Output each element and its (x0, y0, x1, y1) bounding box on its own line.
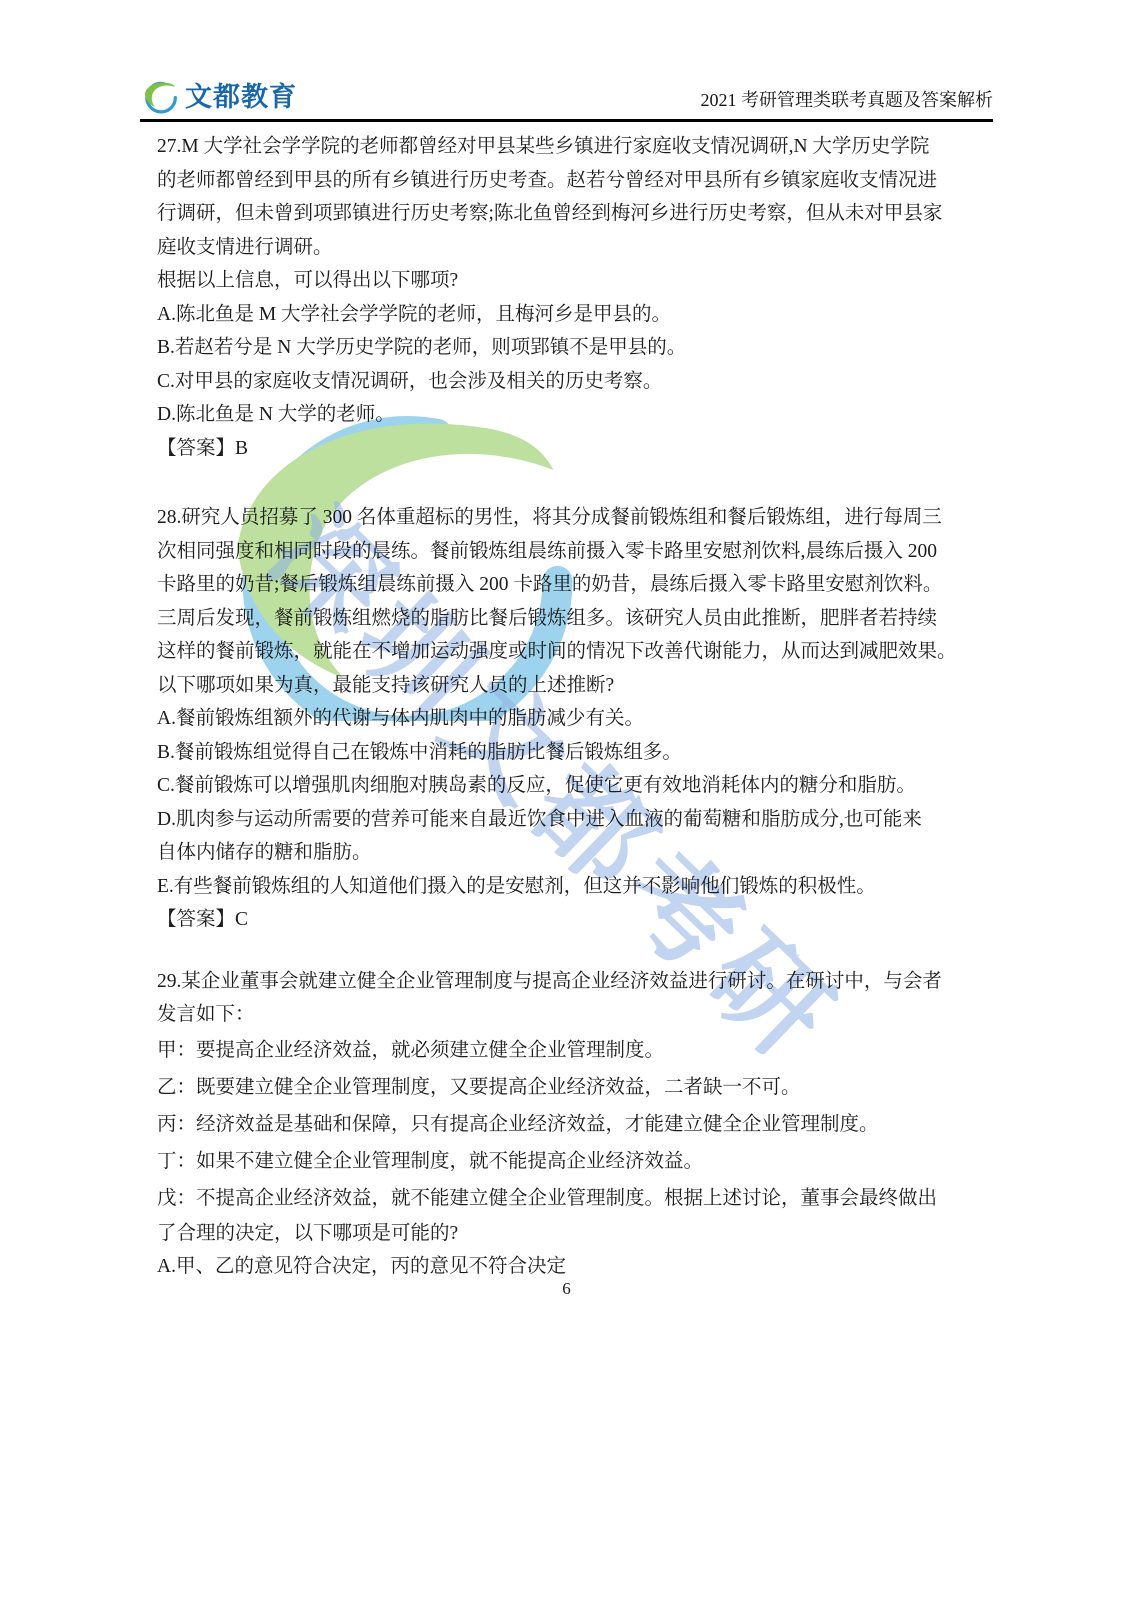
speaker-statement-ding: 丁：如果不建立健全企业管理制度，就不能提高企业经济效益。 (157, 1143, 987, 1180)
question-stem-line: 行调研，但未曾到项郢镇进行历史考察;陈北鱼曾经到梅河乡进行历史考察，但从未对甲县… (157, 197, 987, 231)
speaker-statement-bing: 丙：经济效益是基础和保障，只有提高企业经济效益，才能建立健全企业管理制度。 (157, 1106, 987, 1143)
question-stem-line: 27.M 大学社会学学院的老师都曾经对甲县某些乡镇进行家庭收支情况调研,N 大学… (157, 130, 987, 164)
speaker-statement-yi: 乙：既要建立健全企业管理制度，又要提高企业经济效益，二者缺一不可。 (157, 1069, 987, 1106)
speaker-statement-wu: 戊：不提高企业经济效益，就不能建立健全企业管理制度。根据上述讨论，董事会最终做出 (157, 1180, 987, 1217)
spacer (157, 465, 987, 501)
question-29: 29.某企业董事会就建立健全企业管理制度与提高企业经济效益进行研讨。在研讨中，与… (157, 965, 987, 1284)
document-title: 2021 考研管理类联考真题及答案解析 (701, 86, 994, 114)
option-e: E.有些餐前锻炼组的人知道他们摄入的是安慰剂，但这并不影响他们锻炼的积极性。 (157, 870, 987, 904)
option-b: B.餐前锻炼组觉得自己在锻炼中消耗的脂肪比餐后锻炼组多。 (157, 736, 987, 770)
option-d-continued: 自体内储存的糖和脂肪。 (157, 836, 987, 870)
question-27: 27.M 大学社会学学院的老师都曾经对甲县某些乡镇进行家庭收支情况调研,N 大学… (157, 130, 987, 465)
question-stem-line: 28.研究人员招募了 300 名体重超标的男性，将其分成餐前锻炼组和餐后锻炼组，… (157, 501, 987, 535)
brand-logo: 文都教育 (140, 75, 297, 114)
document-content: 27.M 大学社会学学院的老师都曾经对甲县某些乡镇进行家庭收支情况调研,N 大学… (157, 130, 987, 1284)
question-stem-line: 的老师都曾经到甲县的所有乡镇进行历史考查。赵若兮曾经对甲县所有乡镇家庭收支情况进 (157, 164, 987, 198)
wendu-leaf-logo-icon (140, 76, 178, 114)
question-stem-line: 卡路里的奶昔;餐后锻炼组晨练前摄入 200 卡路里的奶昔，晨练后摄入零卡路里安慰… (157, 568, 987, 602)
leaf-swoosh-icon (140, 76, 178, 114)
question-stem-line: 庭收支情进行调研。 (157, 231, 987, 265)
option-d: D.肌肉参与运动所需要的营养可能来自最近饮食中进入血液的葡萄糖和脂肪成分,也可能… (157, 803, 987, 837)
page-number: 6 (0, 1279, 1133, 1299)
spacer (157, 937, 987, 965)
answer-label: 【答案】B (157, 432, 987, 466)
question-prompt: 根据以上信息，可以得出以下哪项? (157, 264, 987, 298)
question-stem-line: 29.某企业董事会就建立健全企业管理制度与提高企业经济效益进行研讨。在研讨中，与… (157, 965, 987, 999)
question-stem-line: 发言如下： (157, 998, 987, 1032)
option-a: A.餐前锻炼组额外的代谢与体内肌肉中的脂肪减少有关。 (157, 702, 987, 736)
question-stem-line: 这样的餐前锻炼，就能在不增加运动强度或时间的情况下改善代谢能力，从而达到减肥效果… (157, 635, 987, 669)
option-c: C.餐前锻炼可以增强肌肉细胞对胰岛素的反应，促使它更有效地消耗体内的糖分和脂肪。 (157, 769, 987, 803)
option-a: A.陈北鱼是 M 大学社会学学院的老师，且梅河乡是甲县的。 (157, 298, 987, 332)
answer-label: 【答案】C (157, 903, 987, 937)
option-b: B.若赵若兮是 N 大学历史学院的老师，则项郢镇不是甲县的。 (157, 331, 987, 365)
question-28: 28.研究人员招募了 300 名体重超标的男性，将其分成餐前锻炼组和餐后锻炼组，… (157, 501, 987, 937)
speaker-statement-jia: 甲：要提高企业经济效益，就必须建立健全企业管理制度。 (157, 1032, 987, 1069)
document-page: 深圳文都考研 文都教育 2021 考研管理类联考真题及答案解析 27.M 大学社… (0, 0, 1133, 1603)
question-prompt: 以下哪项如果为真，最能支持该研究人员的上述推断? (157, 669, 987, 703)
brand-name: 文都教育 (185, 75, 297, 114)
page-header: 文都教育 2021 考研管理类联考真题及答案解析 (140, 74, 993, 122)
option-c: C.对甲县的家庭收支情况调研，也会涉及相关的历史考察。 (157, 365, 987, 399)
option-d: D.陈北鱼是 N 大学的老师。 (157, 398, 987, 432)
question-prompt: 了合理的决定，以下哪项是可能的? (157, 1217, 987, 1251)
question-stem-line: 次相同强度和相同时段的晨练。餐前锻炼组晨练前摄入零卡路里安慰剂饮料,晨练后摄入 … (157, 535, 987, 569)
question-stem-line: 三周后发现，餐前锻炼组燃烧的脂肪比餐后锻炼组多。该研究人员由此推断，肥胖者若持续 (157, 602, 987, 636)
